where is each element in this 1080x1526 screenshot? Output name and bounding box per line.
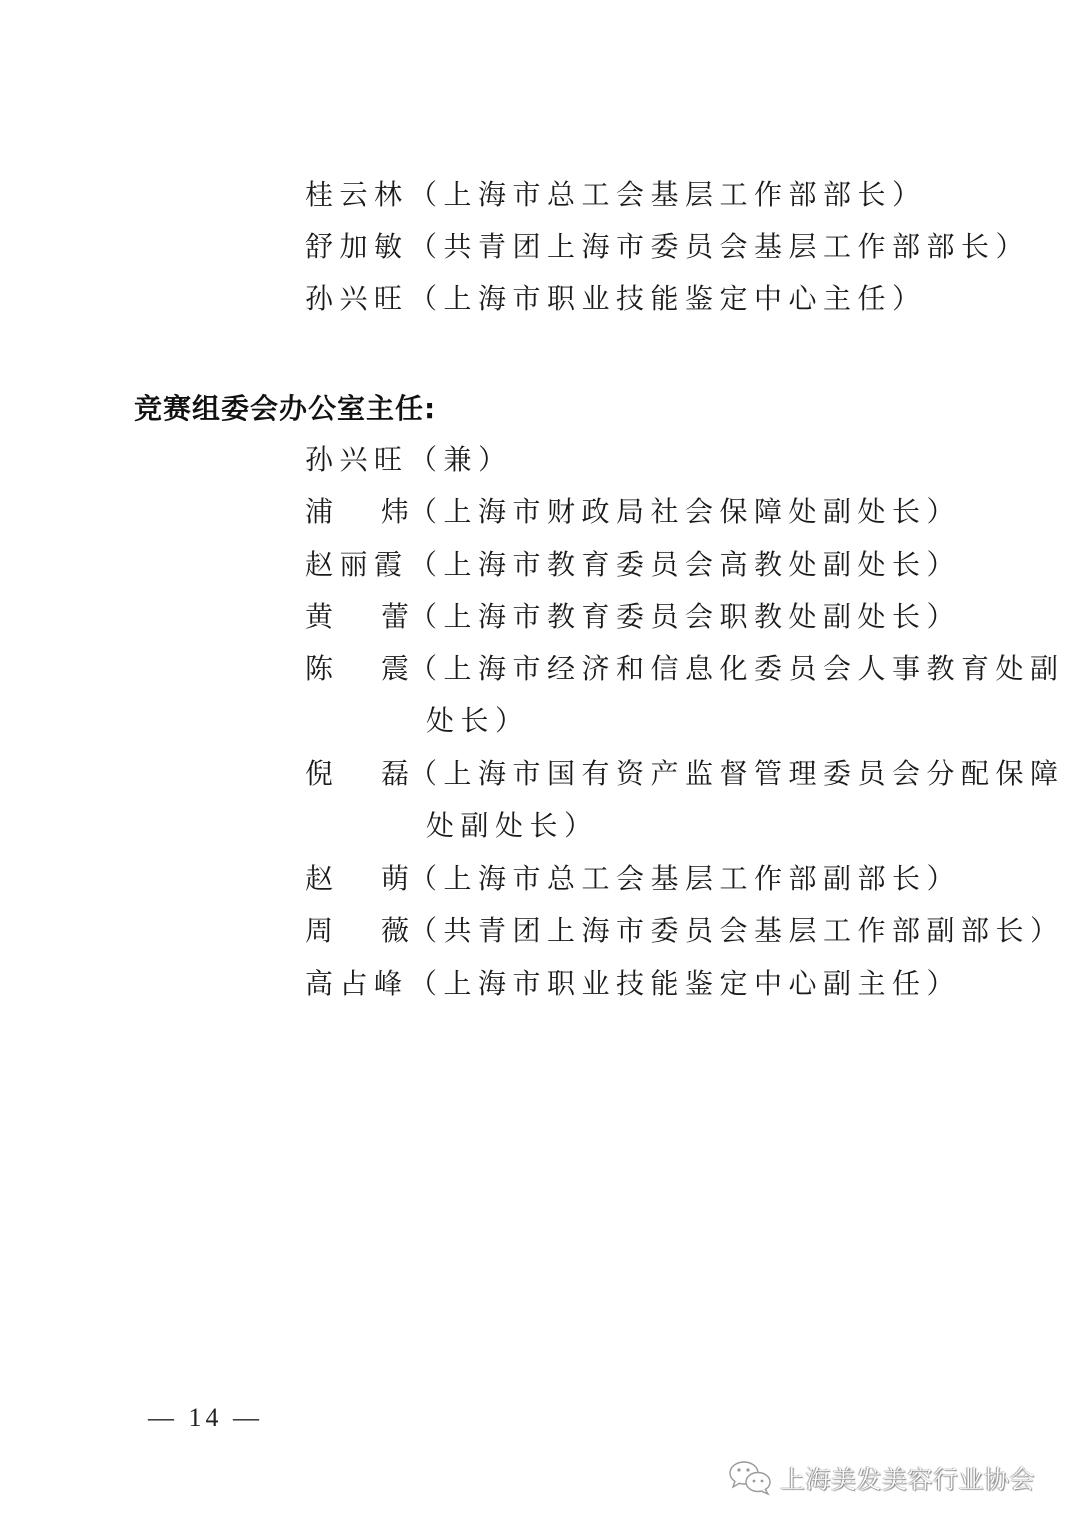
list-item: 桂云林（上海市总工会基层工作部部长）: [305, 175, 927, 215]
member-title-continued: 处长）: [426, 704, 530, 737]
name-char: 浦: [305, 492, 333, 532]
list-item: 高占峰（上海市职业技能鉴定中心副主任）: [305, 964, 961, 1004]
list-item: 周薇（共青团上海市委员会基层工作部副部长）: [305, 911, 1065, 951]
member-name: 桂云林: [305, 175, 409, 215]
member-name: 浦炜: [305, 492, 409, 532]
member-title: （共青团上海市委员会基层工作部部长）: [409, 230, 1030, 263]
list-item: 赵丽霞（上海市教育委员会高教处副处长）: [305, 545, 961, 585]
list-item-continuation: 处副处长）: [426, 806, 599, 846]
name-char: 黄: [305, 597, 333, 637]
name-char: 磊: [381, 754, 409, 794]
name-char: 陈: [305, 649, 333, 689]
page-number: — 14 —: [148, 1400, 263, 1436]
list-item: 孙兴旺（上海市职业技能鉴定中心主任）: [305, 279, 927, 319]
member-title: （上海市总工会基层工作部部长）: [409, 178, 927, 211]
member-name: 赵萌: [305, 859, 409, 899]
list-item: 陈震（上海市经济和信息化委员会人事教育处副: [305, 649, 1065, 689]
watermark: 上海美发美容行业协会: [728, 1458, 1035, 1498]
member-name: 周薇: [305, 911, 409, 951]
list-item: 赵萌（上海市总工会基层工作部副部长）: [305, 859, 961, 899]
member-title: （兼）: [409, 443, 513, 476]
member-title: （上海市职业技能鉴定中心副主任）: [409, 967, 961, 1000]
section-heading: 竞赛组委会办公室主任:: [134, 389, 436, 429]
member-name: 舒加敏: [305, 227, 409, 267]
list-item: 舒加敏（共青团上海市委员会基层工作部部长）: [305, 227, 1030, 267]
watermark-text: 上海美发美容行业协会: [780, 1460, 1035, 1496]
member-name: 高占峰: [305, 964, 409, 1004]
name-char: 炜: [381, 492, 409, 532]
list-item-continuation: 处长）: [426, 701, 530, 741]
member-name: 倪磊: [305, 754, 409, 794]
member-title: （共青团上海市委员会基层工作部副部长）: [409, 914, 1065, 947]
member-name: 陈震: [305, 649, 409, 689]
member-title: （上海市财政局社会保障处副处长）: [409, 495, 961, 528]
list-item: 孙兴旺（兼）: [305, 440, 513, 480]
member-title: （上海市国有资产监督管理委员会分配保障: [409, 757, 1065, 790]
name-char: 薇: [381, 911, 409, 951]
name-char: 赵: [305, 859, 333, 899]
member-name: 孙兴旺: [305, 279, 409, 319]
name-char: 震: [381, 649, 409, 689]
member-title-continued: 处副处长）: [426, 809, 599, 842]
member-name: 孙兴旺: [305, 440, 409, 480]
name-char: 萌: [381, 859, 409, 899]
list-item: 浦炜（上海市财政局社会保障处副处长）: [305, 492, 961, 532]
member-name: 赵丽霞: [305, 545, 409, 585]
member-title: （上海市经济和信息化委员会人事教育处副: [409, 652, 1065, 685]
list-item: 黄蕾（上海市教育委员会职教处副处长）: [305, 597, 961, 637]
member-title: （上海市教育委员会职教处副处长）: [409, 600, 961, 633]
member-title: （上海市教育委员会高教处副处长）: [409, 548, 961, 581]
name-char: 周: [305, 911, 333, 951]
document-page: 桂云林（上海市总工会基层工作部部长） 舒加敏（共青团上海市委员会基层工作部部长）…: [0, 0, 1080, 1526]
wechat-icon: [728, 1460, 774, 1496]
member-title: （上海市职业技能鉴定中心主任）: [409, 282, 927, 315]
name-char: 倪: [305, 754, 333, 794]
member-name: 黄蕾: [305, 597, 409, 637]
name-char: 蕾: [381, 597, 409, 637]
member-title: （上海市总工会基层工作部副部长）: [409, 862, 961, 895]
list-item: 倪磊（上海市国有资产监督管理委员会分配保障: [305, 754, 1065, 794]
